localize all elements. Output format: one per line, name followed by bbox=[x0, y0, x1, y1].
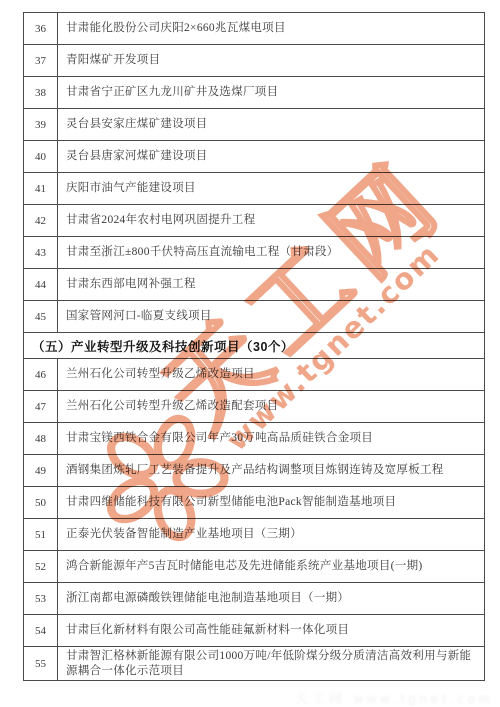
table-row: 48甘肃宝镁西铁合金有限公司年产30万吨高品质硅铁合金项目 bbox=[24, 423, 485, 455]
row-number: 52 bbox=[24, 551, 58, 583]
project-name: 甘肃省2024年农村电网巩固提升工程 bbox=[58, 205, 485, 237]
row-number: 48 bbox=[24, 423, 58, 455]
row-number: 54 bbox=[24, 615, 58, 647]
project-name: 浙江南都电源磷酸铁锂储能电池制造基地项目（一期） bbox=[58, 583, 485, 615]
table-row: 37青阳煤矿开发项目 bbox=[24, 45, 485, 77]
project-name: 甘肃巨化新材料有限公司高性能硅氟新材料一体化项目 bbox=[58, 615, 485, 647]
project-name: 甘肃至浙江±800千伏特高压直流输电工程（甘肃段） bbox=[58, 237, 485, 269]
section-header-label: （五）产业转型升级及科技创新项目（30个） bbox=[24, 333, 485, 359]
project-name: 甘肃东西部电网补强工程 bbox=[58, 269, 485, 301]
project-name: 庆阳市油气产能建设项目 bbox=[58, 173, 485, 205]
project-name: 灵台县唐家河煤矿建设项目 bbox=[58, 141, 485, 173]
row-number: 40 bbox=[24, 141, 58, 173]
project-name: 兰州石化公司转型升级乙烯改造项目 bbox=[58, 359, 485, 391]
section-header-row: （五）产业转型升级及科技创新项目（30个） bbox=[24, 333, 485, 359]
table-row: 42甘肃省2024年农村电网巩固提升工程 bbox=[24, 205, 485, 237]
table-row: 43甘肃至浙江±800千伏特高压直流输电工程（甘肃段） bbox=[24, 237, 485, 269]
row-number: 49 bbox=[24, 455, 58, 487]
table-row: 40灵台县唐家河煤矿建设项目 bbox=[24, 141, 485, 173]
project-name: 兰州石化公司转型升级乙烯改造配套项目 bbox=[58, 391, 485, 423]
table-row: 47兰州石化公司转型升级乙烯改造配套项目 bbox=[24, 391, 485, 423]
table-row: 39灵台县安家庄煤矿建设项目 bbox=[24, 109, 485, 141]
project-name: 甘肃四维储能科技有限公司新型储能电池Pack智能制造基地项目 bbox=[58, 487, 485, 519]
project-name: 青阳煤矿开发项目 bbox=[58, 45, 485, 77]
table-row: 52鸿合新能源年产5吉瓦时储能电芯及先进储能系统产业基地项目(一期) bbox=[24, 551, 485, 583]
row-number: 45 bbox=[24, 301, 58, 333]
row-number: 36 bbox=[24, 13, 58, 45]
faded-watermark-remnant: 天工网 www.tgnet.com bbox=[295, 688, 494, 707]
row-number: 47 bbox=[24, 391, 58, 423]
project-name: 国家管网河口-临夏支线项目 bbox=[58, 301, 485, 333]
project-name: 甘肃省宁正矿区九龙川矿井及选煤厂项目 bbox=[58, 77, 485, 109]
table-row: 45国家管网河口-临夏支线项目 bbox=[24, 301, 485, 333]
row-number: 50 bbox=[24, 487, 58, 519]
project-name: 甘肃宝镁西铁合金有限公司年产30万吨高品质硅铁合金项目 bbox=[58, 423, 485, 455]
row-number: 41 bbox=[24, 173, 58, 205]
row-number: 39 bbox=[24, 109, 58, 141]
table-row: 54甘肃巨化新材料有限公司高性能硅氟新材料一体化项目 bbox=[24, 615, 485, 647]
project-name: 甘肃能化股份公司庆阳2×660兆瓦煤电项目 bbox=[58, 13, 485, 45]
project-table-body: 36甘肃能化股份公司庆阳2×660兆瓦煤电项目37青阳煤矿开发项目38甘肃省宁正… bbox=[24, 13, 485, 681]
row-number: 38 bbox=[24, 77, 58, 109]
project-table: 36甘肃能化股份公司庆阳2×660兆瓦煤电项目37青阳煤矿开发项目38甘肃省宁正… bbox=[23, 12, 485, 681]
table-row: 50甘肃四维储能科技有限公司新型储能电池Pack智能制造基地项目 bbox=[24, 487, 485, 519]
row-number: 43 bbox=[24, 237, 58, 269]
table-row: 41庆阳市油气产能建设项目 bbox=[24, 173, 485, 205]
row-number: 53 bbox=[24, 583, 58, 615]
row-number: 46 bbox=[24, 359, 58, 391]
row-number: 37 bbox=[24, 45, 58, 77]
table-row: 49酒钢集团炼轧厂工艺装备提升及产品结构调整项目炼钢连铸及宽厚板工程 bbox=[24, 455, 485, 487]
project-name: 正泰光伏装备智能制造产业基地项目（三期） bbox=[58, 519, 485, 551]
project-name: 鸿合新能源年产5吉瓦时储能电芯及先进储能系统产业基地项目(一期) bbox=[58, 551, 485, 583]
row-number: 55 bbox=[24, 647, 58, 681]
row-number: 42 bbox=[24, 205, 58, 237]
document-page: 36甘肃能化股份公司庆阳2×660兆瓦煤电项目37青阳煤矿开发项目38甘肃省宁正… bbox=[0, 0, 500, 707]
table-row: 55甘肃智汇格林新能源有限公司1000万吨/年低阶煤分级分质清洁高效利用与新能源… bbox=[24, 647, 485, 681]
project-name: 酒钢集团炼轧厂工艺装备提升及产品结构调整项目炼钢连铸及宽厚板工程 bbox=[58, 455, 485, 487]
table-row: 38甘肃省宁正矿区九龙川矿井及选煤厂项目 bbox=[24, 77, 485, 109]
table-row: 51正泰光伏装备智能制造产业基地项目（三期） bbox=[24, 519, 485, 551]
project-name: 灵台县安家庄煤矿建设项目 bbox=[58, 109, 485, 141]
table-row: 44甘肃东西部电网补强工程 bbox=[24, 269, 485, 301]
row-number: 44 bbox=[24, 269, 58, 301]
project-name: 甘肃智汇格林新能源有限公司1000万吨/年低阶煤分级分质清洁高效利用与新能源耦合… bbox=[58, 647, 485, 681]
table-row: 53浙江南都电源磷酸铁锂储能电池制造基地项目（一期） bbox=[24, 583, 485, 615]
table-row: 36甘肃能化股份公司庆阳2×660兆瓦煤电项目 bbox=[24, 13, 485, 45]
row-number: 51 bbox=[24, 519, 58, 551]
table-row: 46兰州石化公司转型升级乙烯改造项目 bbox=[24, 359, 485, 391]
